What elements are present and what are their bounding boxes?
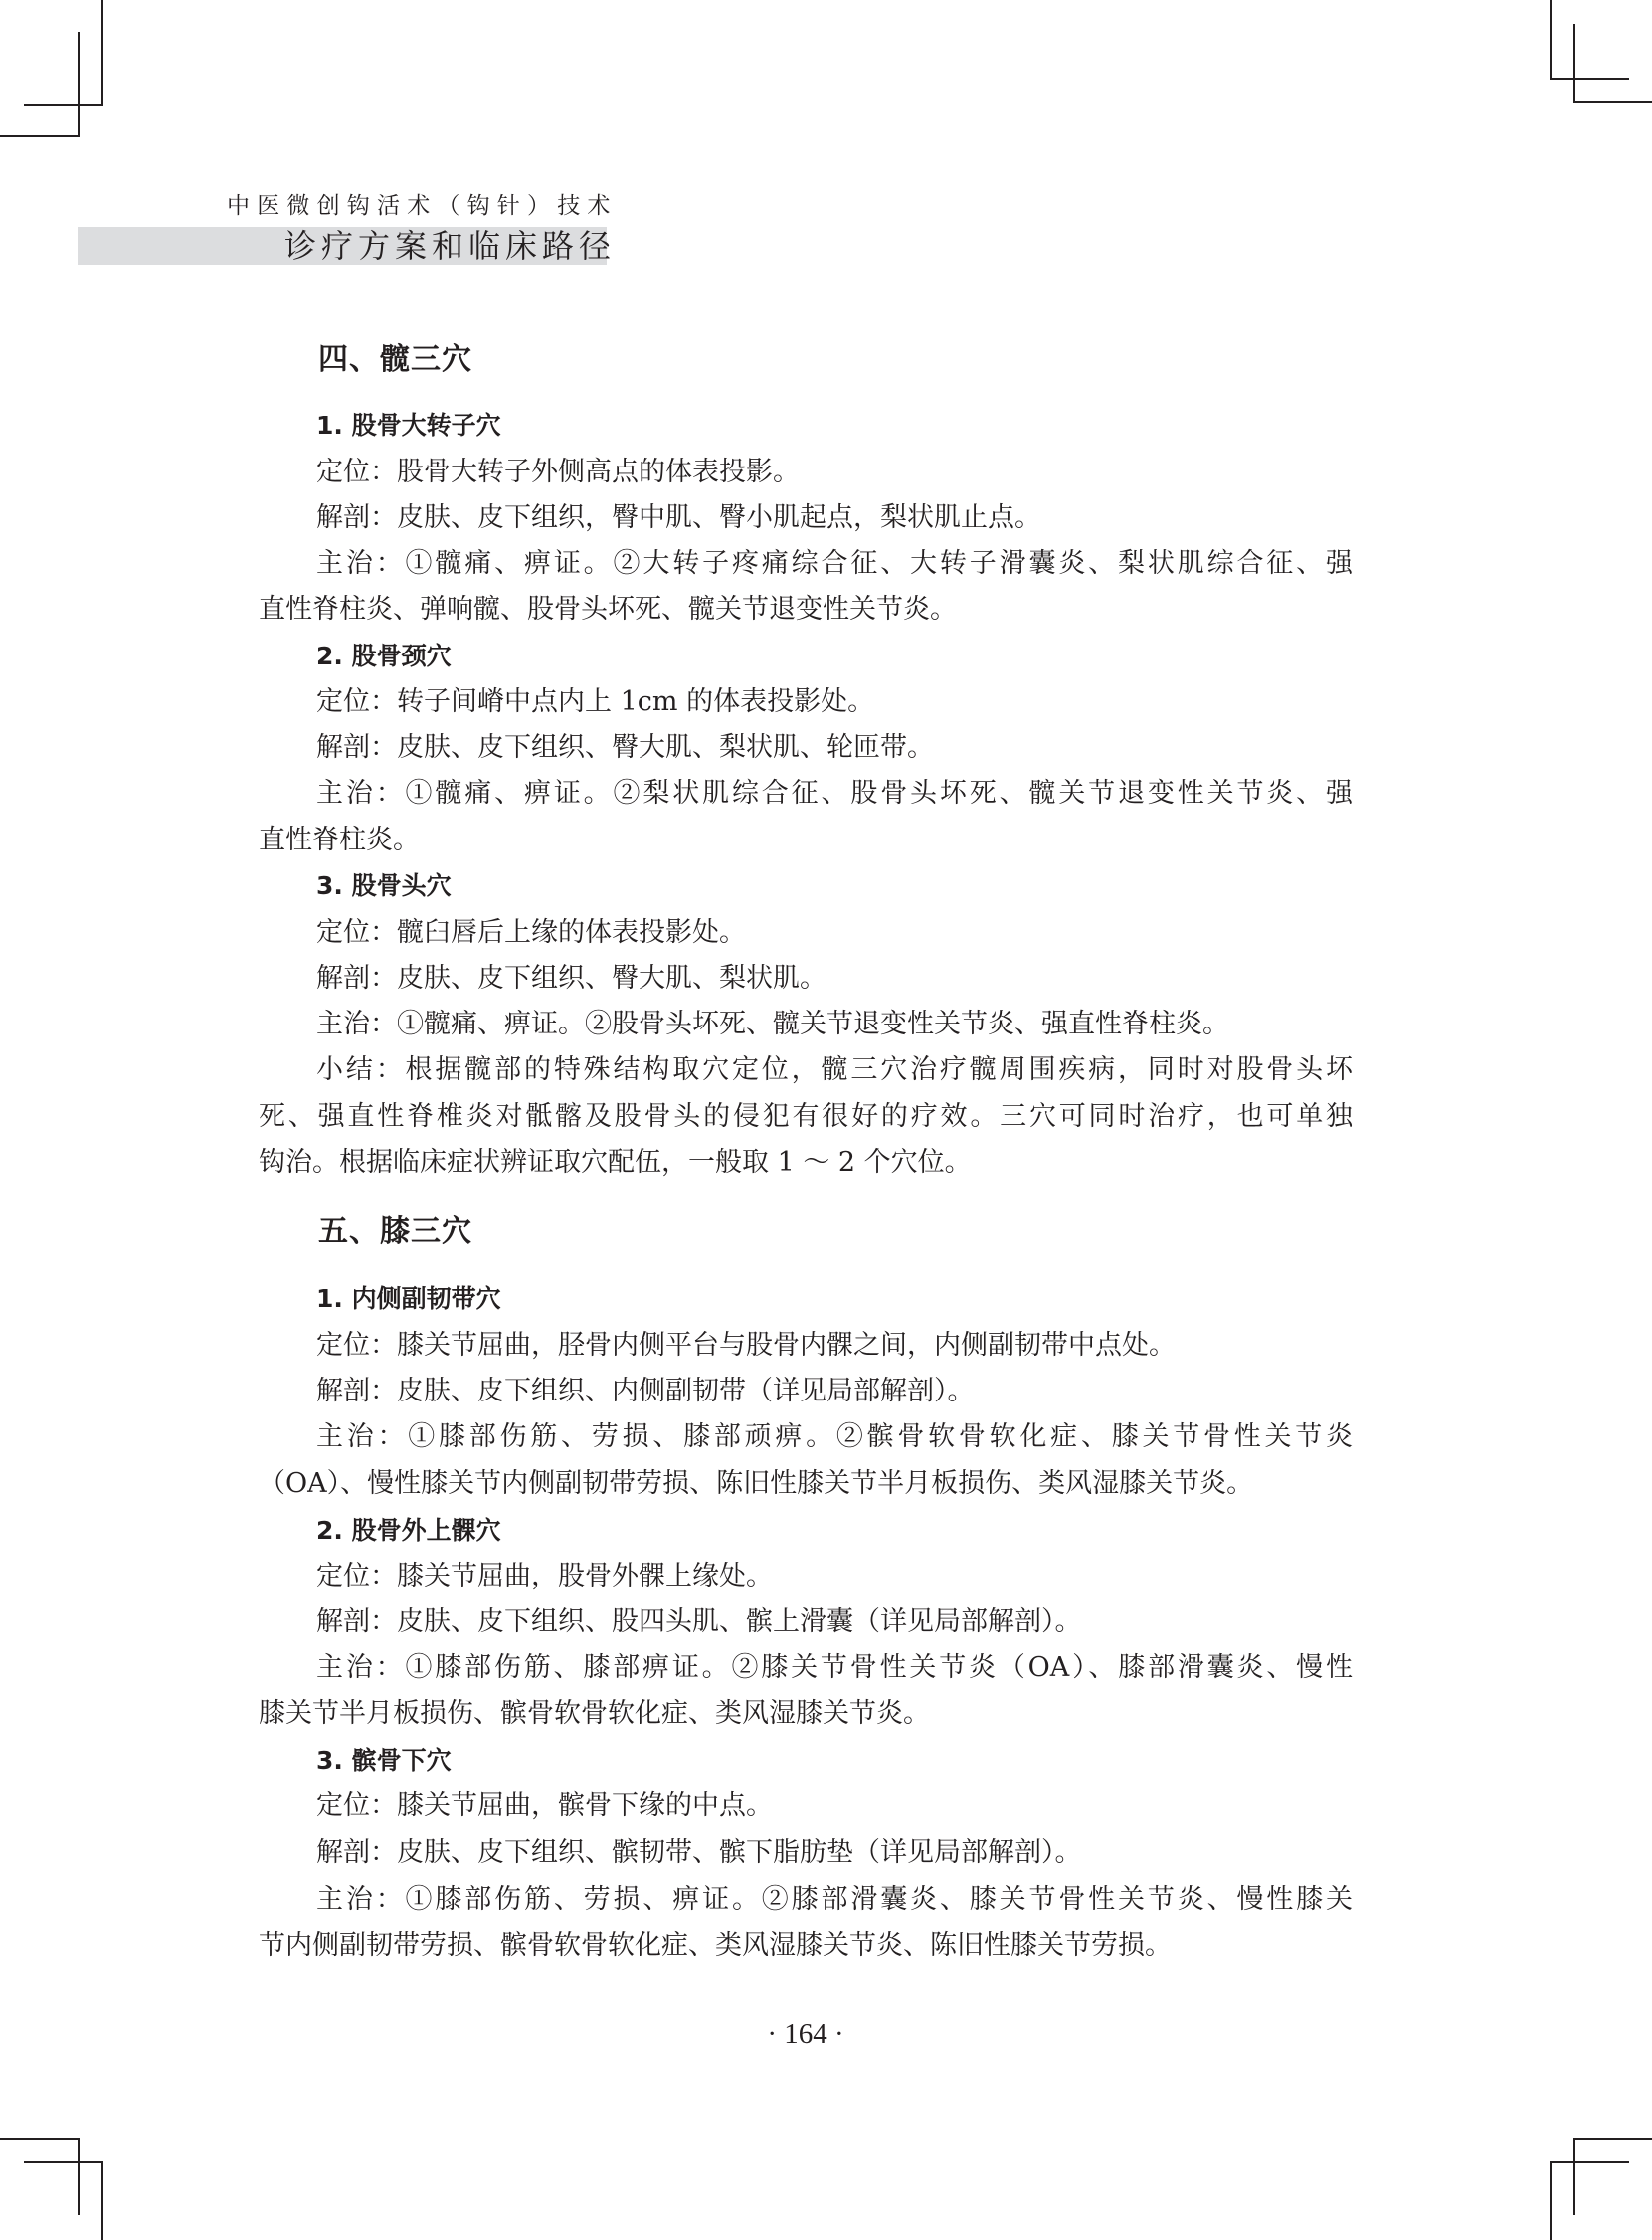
anatomy-line: 解剖：皮肤、皮下组织、内侧副韧带（详见局部解剖）。 [316, 1369, 1353, 1414]
indication-line-cont: 直性脊柱炎、弹响髋、股骨头坏死、髋关节退变性关节炎。 [259, 587, 1353, 633]
page-number: · 164 · [696, 2013, 915, 2055]
crop-mark-line [1573, 2138, 1575, 2215]
crop-mark-line [1573, 24, 1575, 103]
anatomy-line: 解剖：皮肤、皮下组织，臀中肌、臀小肌起点，梨状肌止点。 [316, 495, 1353, 541]
book-subtitle: 诊疗方案和临床路径 [284, 227, 603, 265]
indication-line-cont: （OA）、慢性膝关节内侧副韧带劳损、陈旧性膝关节半月板损伤、类风湿膝关节炎。 [259, 1461, 1353, 1507]
crop-mark-line [78, 32, 80, 137]
location-line: 定位：膝关节屈曲，股骨外髁上缘处。 [316, 1554, 1353, 1599]
summary-line: 小结：根据髋部的特殊结构取穴定位，髋三穴治疗髋周围疾病，同时对股骨头坏 [316, 1047, 1353, 1093]
point-title: 2. 股骨颈穴 [316, 634, 452, 679]
crop-mark-line [1550, 0, 1552, 80]
indication-line: 主治：①膝部伤筋、膝部痹证。②膝关节骨性关节炎（OA）、膝部滑囊炎、慢性 [316, 1645, 1353, 1691]
summary-line: 钩治。根据临床症状辨证取穴配伍，一般取 1 ～ 2 个穴位。 [259, 1140, 1353, 1186]
indication-line: 主治：①髋痛、痹证。②股骨头坏死、髋关节退变性关节炎、强直性脊柱炎。 [316, 1002, 1353, 1047]
indication-line-cont: 直性脊柱炎。 [259, 818, 1353, 863]
anatomy-line: 解剖：皮肤、皮下组织、臀大肌、梨状肌。 [316, 956, 1353, 1002]
indication-line: 主治：①膝部伤筋、劳损、痹证。②膝部滑囊炎、膝关节骨性关节炎、慢性膝关 [316, 1877, 1353, 1923]
crop-mark-line [0, 135, 80, 137]
crop-mark-line [24, 2161, 103, 2163]
anatomy-line: 解剖：皮肤、皮下组织、髌韧带、髌下脂肪垫（详见局部解剖）。 [316, 1830, 1353, 1876]
crop-mark-line [1550, 2161, 1629, 2163]
section-heading: 五、膝三穴 [318, 1210, 472, 1255]
crop-mark-line [1550, 2161, 1552, 2240]
anatomy-line: 解剖：皮肤、皮下组织、臀大肌、梨状肌、轮匝带。 [316, 725, 1353, 771]
point-title: 2. 股骨外上髁穴 [316, 1508, 501, 1554]
indication-line-cont: 节内侧副韧带劳损、髌骨软骨软化症、类风湿膝关节炎、陈旧性膝关节劳损。 [259, 1923, 1353, 1968]
book-title: 中医微创钩活术（钩针）技术 [227, 189, 591, 223]
crop-mark-line [24, 104, 103, 106]
point-title: 1. 内侧副韧带穴 [316, 1276, 501, 1322]
summary-line: 死、强直性脊椎炎对骶髂及股骨头的侵犯有很好的疗效。三穴可同时治疗，也可单独 [259, 1094, 1353, 1140]
crop-mark-line [101, 0, 103, 105]
crop-mark-line [1573, 101, 1652, 103]
crop-mark-line [78, 2138, 80, 2215]
point-title: 3. 髌骨下穴 [316, 1738, 452, 1783]
crop-mark-line [0, 2138, 80, 2140]
location-line: 定位：膝关节屈曲，胫骨内侧平台与股骨内髁之间，内侧副韧带中点处。 [316, 1323, 1353, 1369]
anatomy-line: 解剖：皮肤、皮下组织、股四头肌、髌上滑囊（详见局部解剖）。 [316, 1599, 1353, 1645]
crop-mark-line [1550, 78, 1629, 80]
crop-mark-line [101, 2161, 103, 2240]
point-title: 1. 股骨大转子穴 [316, 403, 501, 449]
location-line: 定位：膝关节屈曲，髌骨下缘的中点。 [316, 1783, 1353, 1829]
point-title: 3. 股骨头穴 [316, 863, 452, 909]
location-line: 定位：转子间嵴中点内上 1cm 的体表投影处。 [316, 679, 1353, 725]
indication-line: 主治：①髋痛、痹证。②大转子疼痛综合征、大转子滑囊炎、梨状肌综合征、强 [316, 541, 1353, 587]
indication-line-cont: 膝关节半月板损伤、髌骨软骨软化症、类风湿膝关节炎。 [259, 1691, 1353, 1737]
crop-mark-line [1573, 2138, 1652, 2140]
location-line: 定位：髋臼唇后上缘的体表投影处。 [316, 910, 1353, 956]
indication-line: 主治：①膝部伤筋、劳损、膝部顽痹。②髌骨软骨软化症、膝关节骨性关节炎 [316, 1414, 1353, 1460]
location-line: 定位：股骨大转子外侧高点的体表投影。 [316, 450, 1353, 495]
section-heading: 四、髋三穴 [318, 337, 472, 383]
indication-line: 主治：①髋痛、痹证。②梨状肌综合征、股骨头坏死、髋关节退变性关节炎、强 [316, 771, 1353, 817]
